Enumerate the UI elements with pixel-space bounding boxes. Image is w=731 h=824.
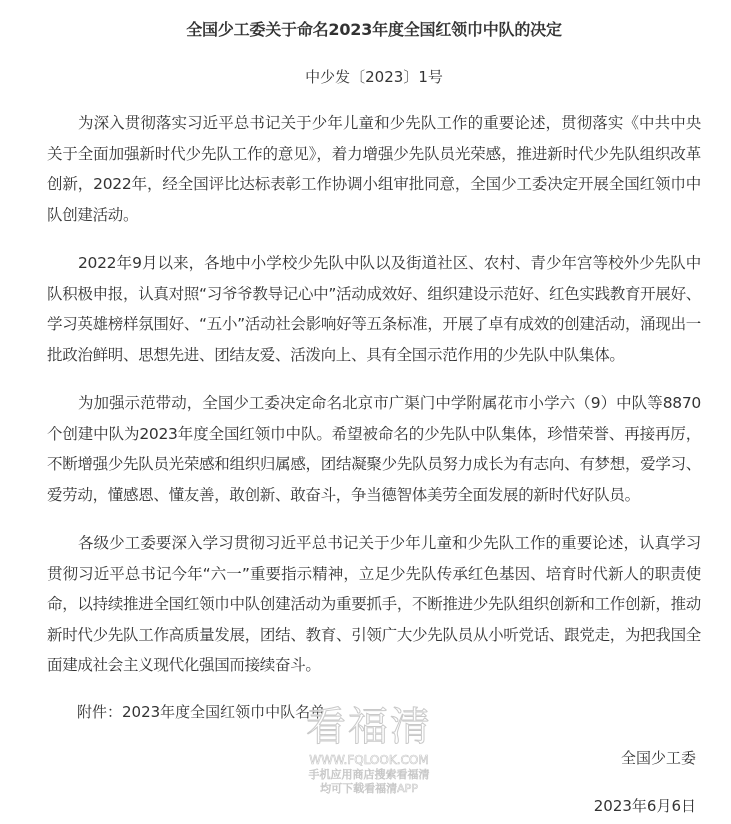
article: 全国少工委关于命名2023年度全国红领巾中队的决定 中少发〔2023〕1号 为深… <box>47 0 701 821</box>
paragraph-2: 2022年9月以来，各地中小学校少先队中队以及街道社区、农村、青少年宫等校外少先… <box>47 248 701 370</box>
signature: 全国少工委 <box>47 743 701 773</box>
paragraph-1: 为深入贯彻落实习近平总书记关于少年儿童和少先队工作的重要论述，贯彻落实《中共中央… <box>47 108 701 230</box>
attachment-note: 附件：2023年度全国红领巾中队名单 <box>47 697 701 727</box>
document-title: 全国少工委关于命名2023年度全国红领巾中队的决定 <box>47 0 701 44</box>
paragraph-3: 为加强示范带动，全国少工委决定命名北京市广渠门中学附属花市小学六（9）中队等88… <box>47 388 701 510</box>
document-number: 中少发〔2023〕1号 <box>47 64 701 90</box>
document-date: 2023年6月6日 <box>47 791 701 821</box>
paragraph-4: 各级少工委要深入学习贯彻习近平总书记关于少年儿童和少先队工作的重要论述，认真学习… <box>47 528 701 681</box>
